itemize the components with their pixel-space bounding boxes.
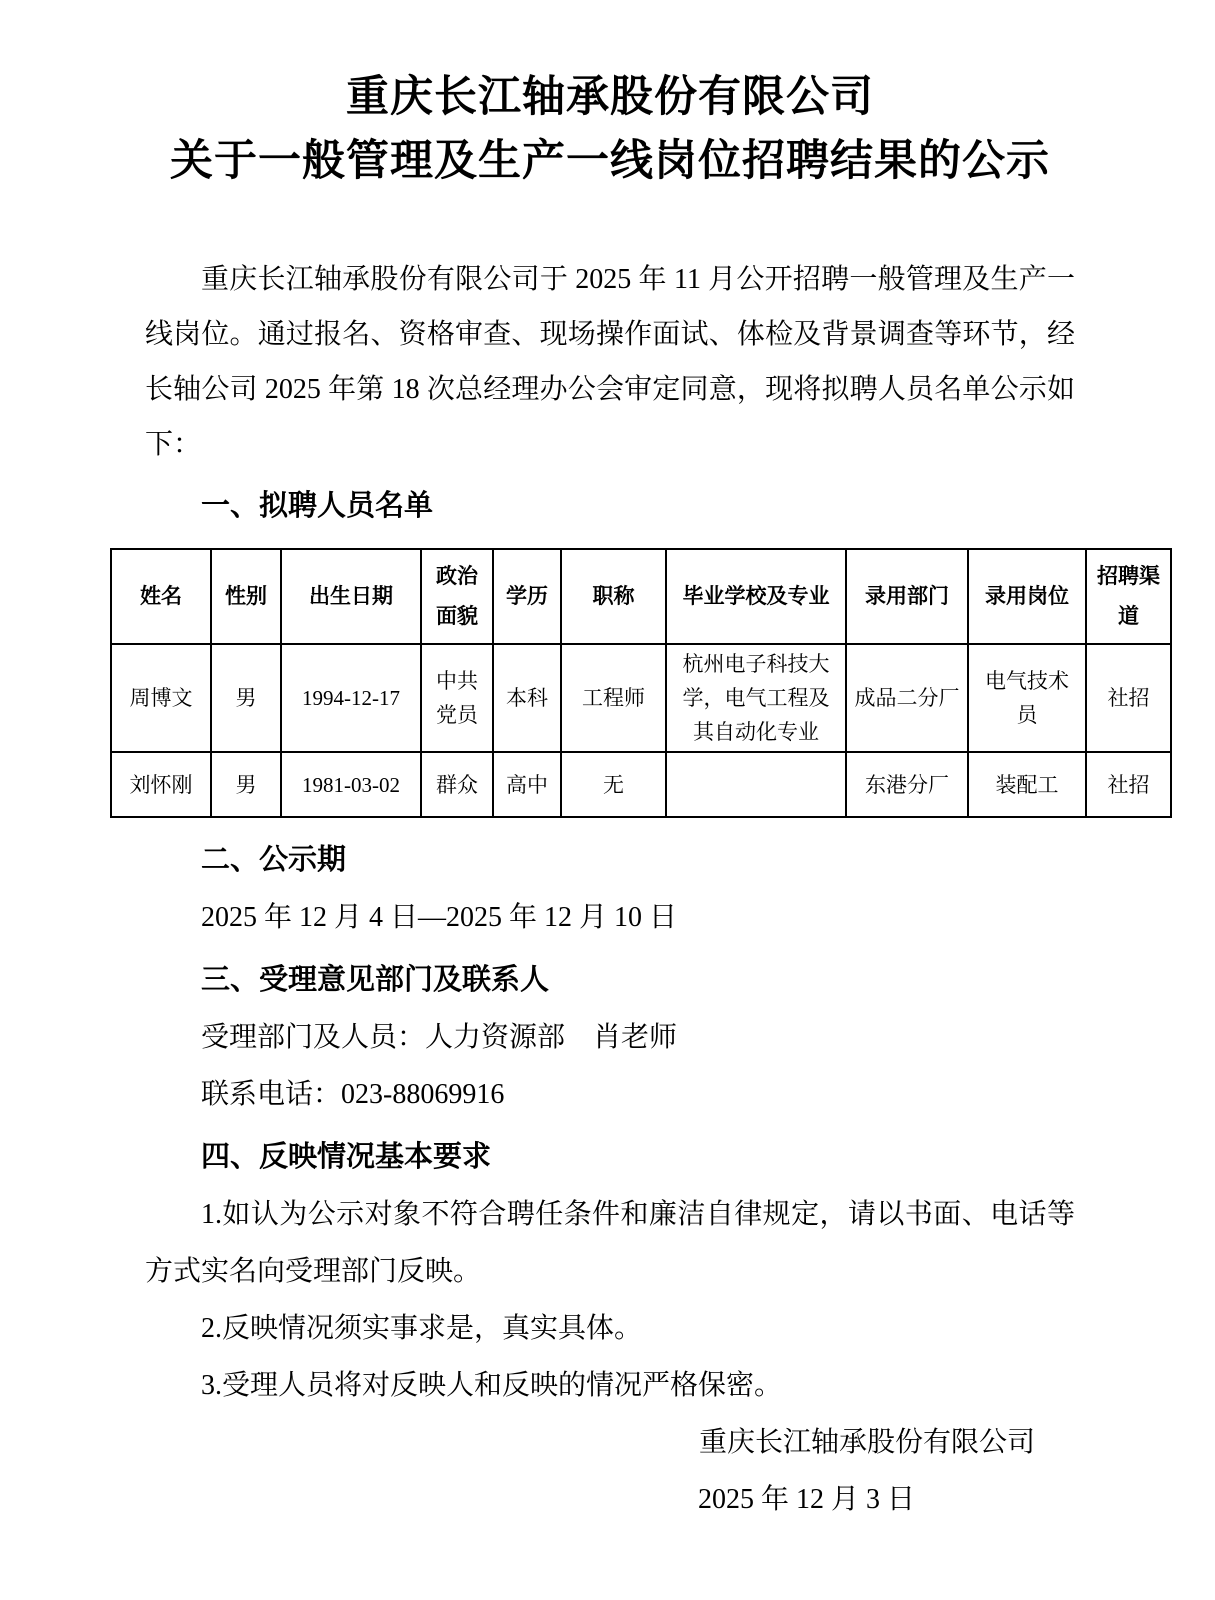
cell-school-major (666, 752, 846, 817)
col-header-channel: 招聘渠道 (1086, 549, 1171, 644)
cell-title: 工程师 (561, 644, 666, 752)
col-header-education: 学历 (493, 549, 561, 644)
col-header-department: 录用部门 (846, 549, 968, 644)
contact-phone-line: 联系电话：023-88069916 (145, 1066, 1075, 1123)
cell-birthdate: 1981-03-02 (281, 752, 421, 817)
document-title: 重庆长江轴承股份有限公司 关于一般管理及生产一线岗位招聘结果的公示 (145, 66, 1075, 194)
requirement-item-2: 2.反映情况须实事求是，真实具体。 (145, 1300, 1075, 1357)
cell-department: 成品二分厂 (846, 644, 968, 752)
table-header-row: 姓名 性别 出生日期 政治面貌 学历 职称 毕业学校及专业 录用部门 录用岗位 … (111, 549, 1171, 644)
cell-education: 本科 (493, 644, 561, 752)
cell-name: 周博文 (111, 644, 211, 752)
cell-gender: 男 (211, 644, 281, 752)
table-row: 刘怀刚 男 1981-03-02 群众 高中 无 东港分厂 装配工 社招 (111, 752, 1171, 817)
cell-channel: 社招 (1086, 644, 1171, 752)
col-header-school-major: 毕业学校及专业 (666, 549, 846, 644)
cell-political-status: 中共党员 (421, 644, 493, 752)
contact-department-line: 受理部门及人员：人力资源部 肖老师 (145, 1009, 1075, 1066)
section4-heading: 四、反映情况基本要求 (145, 1129, 1075, 1186)
candidate-table: 姓名 性别 出生日期 政治面貌 学历 职称 毕业学校及专业 录用部门 录用岗位 … (110, 548, 1172, 818)
col-header-birthdate: 出生日期 (281, 549, 421, 644)
cell-gender: 男 (211, 752, 281, 817)
cell-political-status: 群众 (421, 752, 493, 817)
signature-company: 重庆长江轴承股份有限公司 (145, 1414, 1075, 1471)
cell-department: 东港分厂 (846, 752, 968, 817)
intro-paragraph: 重庆长江轴承股份有限公司于 2025 年 11 月公开招聘一般管理及生产一线岗位… (145, 252, 1075, 472)
cell-education: 高中 (493, 752, 561, 817)
table-row: 周博文 男 1994-12-17 中共党员 本科 工程师 杭州电子科技大学，电气… (111, 644, 1171, 752)
cell-position: 电气技术员 (968, 644, 1086, 752)
col-header-gender: 性别 (211, 549, 281, 644)
requirement-item-1: 1.如认为公示对象不符合聘任条件和廉洁自律规定，请以书面、电话等方式实名向受理部… (145, 1186, 1075, 1300)
cell-name: 刘怀刚 (111, 752, 211, 817)
section3-heading: 三、受理意见部门及联系人 (145, 952, 1075, 1009)
cell-channel: 社招 (1086, 752, 1171, 817)
col-header-position: 录用岗位 (968, 549, 1086, 644)
cell-birthdate: 1994-12-17 (281, 644, 421, 752)
signature-date: 2025 年 12 月 3 日 (145, 1471, 1075, 1528)
cell-position: 装配工 (968, 752, 1086, 817)
cell-title: 无 (561, 752, 666, 817)
section1-heading: 一、拟聘人员名单 (145, 478, 1075, 535)
publicity-period: 2025 年 12 月 4 日—2025 年 12 月 10 日 (145, 889, 1075, 946)
document-title-line1: 重庆长江轴承股份有限公司 (145, 66, 1075, 130)
document-title-line2: 关于一般管理及生产一线岗位招聘结果的公示 (145, 130, 1075, 194)
section2-heading: 二、公示期 (145, 832, 1075, 889)
col-header-political-status: 政治面貌 (421, 549, 493, 644)
requirement-item-3: 3.受理人员将对反映人和反映的情况严格保密。 (145, 1357, 1075, 1414)
announcement-document: 重庆长江轴承股份有限公司 关于一般管理及生产一线岗位招聘结果的公示 重庆长江轴承… (0, 0, 1215, 1600)
cell-school-major: 杭州电子科技大学，电气工程及其自动化专业 (666, 644, 846, 752)
col-header-title: 职称 (561, 549, 666, 644)
col-header-name: 姓名 (111, 549, 211, 644)
